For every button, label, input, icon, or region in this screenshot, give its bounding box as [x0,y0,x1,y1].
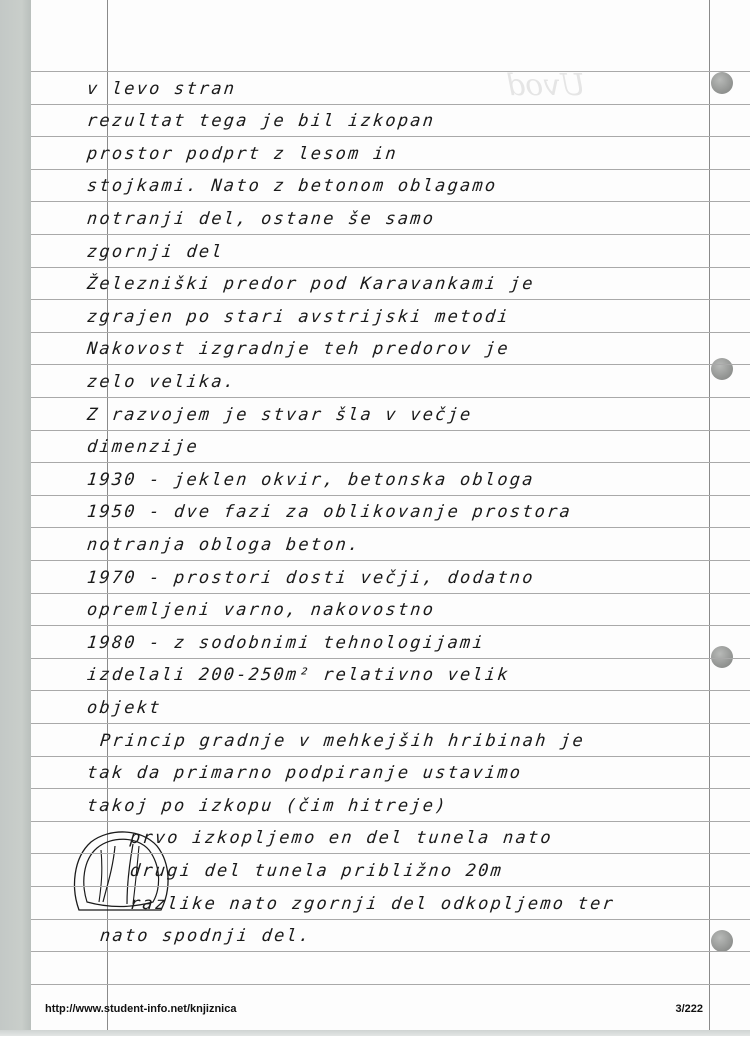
ruled-line [31,201,750,202]
ruled-line [31,919,750,920]
handwritten-line: takoj po izkopu (čim hitreje) [86,796,449,816]
handwritten-line: razlike nato zgornji del odkopljemo ter [129,894,616,914]
ruled-line [31,136,750,137]
punch-hole-icon [711,646,733,668]
handwritten-line: notranja obloga beton. [86,535,362,555]
ruled-line [31,821,750,822]
ruled-line [31,723,750,724]
handwritten-line: tak da primarno podpiranje ustavimo [86,763,523,783]
ruled-line [31,756,750,757]
footer-url-link[interactable]: http://www.student-info.net/knjiznica [45,1003,236,1015]
handwritten-line: notranji del, ostane še samo [86,209,436,229]
punch-hole-icon [711,930,733,952]
handwritten-line: Z razvojem je stvar šla v večje [86,405,474,425]
handwritten-line: Princip gradnje v mehkejših hribinah je [99,731,586,751]
handwritten-line: Železniški predor pod Karavankami je [86,274,536,294]
ruled-line [31,886,750,887]
ruled-line [31,527,750,528]
handwritten-line: dimenzije [86,437,200,457]
handwritten-line: zgornji del [86,242,225,262]
ruled-line [31,625,750,626]
handwritten-line: objekt [86,698,163,718]
ruled-line [31,332,750,333]
handwritten-line: 1930 - jeklen okvir, betonska obloga [86,470,536,490]
handwritten-line: opremljeni varno, nakovostno [86,600,436,620]
handwritten-line: zelo velika. [86,372,237,392]
punch-hole-icon [711,358,733,380]
ruled-line [31,169,750,170]
handwritten-line: Nakovost izgradnje teh predorov je [86,339,511,359]
ruled-line [31,104,750,105]
handwritten-line: stojkami. Nato z betonom oblagamo [86,176,498,196]
ruled-line [31,853,750,854]
bleed-through-text: Uvod [506,68,586,103]
scan-edge-left [0,0,31,1030]
handwritten-line: prostor podprt z lesom in [86,144,399,164]
ruled-line [31,430,750,431]
scan-edge-bottom [0,1030,750,1036]
ruled-line [31,71,750,72]
handwritten-line: prvo izkopljemo en del tunela nato [129,828,554,848]
handwritten-line: nato spodnji del. [99,926,313,946]
handwritten-line: rezultat tega je bil izkopan [86,111,436,131]
ruled-line [31,788,750,789]
ruled-line [31,690,750,691]
right-margin-line [709,0,710,1030]
ruled-line [31,951,750,952]
ruled-line [31,593,750,594]
ruled-line [31,299,750,300]
handwritten-line: v levo stran [86,79,237,99]
punch-hole-icon [711,72,733,94]
ruled-line [31,397,750,398]
ruled-line [31,267,750,268]
handwritten-line: izdelali 200-250m² relativno velik [86,665,511,685]
handwritten-line: 1950 - dve fazi za oblikovanje prostora [86,502,573,522]
page-number: 3/222 [675,1003,703,1015]
ruled-line [31,658,750,659]
ruled-line [31,560,750,561]
ruled-line [31,984,750,985]
handwritten-line: zgrajen po stari avstrijski metodi [86,307,511,327]
handwritten-line: 1970 - prostori dosti večji, dodatno [86,568,536,588]
ruled-line [31,462,750,463]
handwritten-line: 1980 - z sodobnimi tehnologijami [86,633,486,653]
handwritten-line: drugi del tunela približno 20m [129,861,504,881]
ruled-line [31,495,750,496]
ruled-line [31,364,750,365]
ruled-line [31,234,750,235]
